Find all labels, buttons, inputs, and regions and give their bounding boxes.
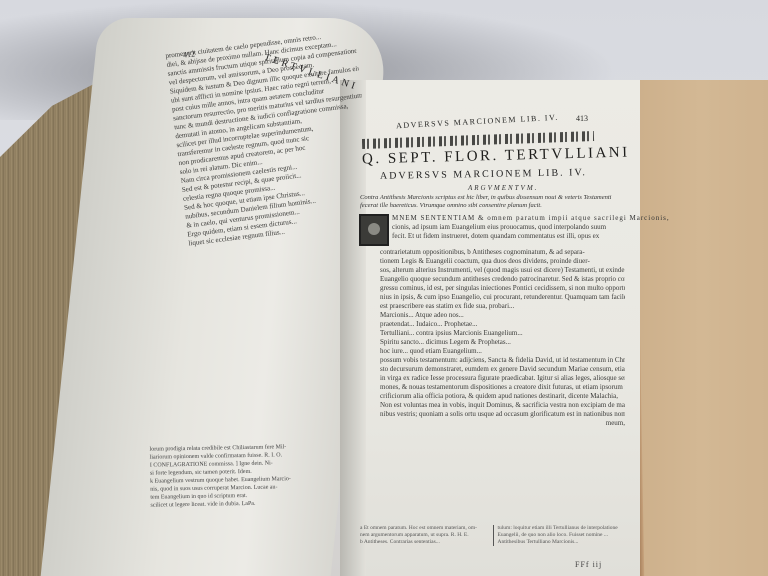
footnotes-column-left: a Et omnem paratum. Hoc est omnem materi…	[360, 525, 483, 546]
text-line: sos, alterum alterius Instrumenti, vel (…	[380, 266, 625, 275]
text-line: hoc iure... quod etiam Euangelium...	[380, 347, 625, 356]
text-line: nius in ipsis, & cum ipso Euangelio, cui…	[380, 293, 625, 302]
text-line: Spiritu sancto... dicimus Legem & Prophe…	[380, 338, 625, 347]
right-page-number: 413	[576, 114, 588, 123]
footnote-line: nem argumentorum apparatum, ut supra. R.…	[360, 532, 483, 539]
text-line: fecit. Et ut fidem instrueret, dotem qua…	[392, 232, 632, 241]
footnote-line: b Antitheses. Contrarias sententias...	[360, 539, 483, 546]
text-line: possum vobis testamentum: adijciens, San…	[380, 356, 625, 365]
footnote-line: tulum: loquitur etiam illi Tertullianus …	[498, 525, 621, 532]
text-line: crificiorum alia officia potiora, & quid…	[380, 392, 625, 401]
left-footnotes: lorum prodigia relata credibile est Chil…	[149, 442, 340, 509]
footnotes-column-right: tulum: loquitur etiam illi Tertullianus …	[493, 525, 621, 546]
text-line: sto decursurum demonstraret, eumdem ex g…	[380, 365, 625, 374]
opening-line: MNEM SENTENTIAM & omnem paratum impii at…	[392, 214, 670, 222]
argument-summary: Contra Antithesis Marcionis scriptus est…	[360, 194, 620, 210]
text-line: Tertulliani... contra ipsius Marcionis E…	[380, 329, 625, 338]
right-body-text-top: cionis, ad ipsum iam Euangelium eius pro…	[392, 223, 632, 248]
text-line: Non est voluntas mea in vobis, inquit Do…	[380, 401, 625, 410]
footnote-line: Euangelii, de quo non alio loco. Fuisset…	[498, 532, 621, 539]
text-line: nibus vestris; quoniam a solis ortu usqu…	[380, 410, 625, 419]
signature-mark: FFf iij	[575, 560, 602, 569]
text-line: in virga ex radice Iesse processura figu…	[380, 374, 625, 383]
text-line: meum,	[380, 419, 625, 428]
right-footnotes: a Et omnem paratum. Hoc est omnem materi…	[360, 525, 620, 546]
text-line: Euangelio quoque secundum antitheses cre…	[380, 275, 625, 284]
text-line: contrarietatum oppositionibus, b Antithe…	[380, 248, 625, 257]
right-body-text: contrarietatum oppositionibus, b Antithe…	[380, 248, 625, 473]
footnote-line: Antithesibus Tertulliano Marcionis...	[498, 539, 621, 546]
argumentum-label: ARGVMENTVM.	[468, 184, 538, 192]
text-line: Marcionis... Atque adeo nos...	[380, 311, 625, 320]
text-line: gressu cominus, id est, per singulas ini…	[380, 284, 625, 293]
decorated-initial-icon	[359, 214, 389, 246]
footnote-line: a Et omnem paratum. Hoc est omnem materi…	[360, 525, 483, 532]
text-line: mones, & nouas testamentorum disposition…	[380, 383, 625, 392]
text-line: est praescribere eas statim ex fide sua,…	[380, 302, 625, 311]
text-line: cionis, ad ipsum iam Euangelium eius pro…	[392, 223, 632, 232]
text-line: tionem Legis & Euangelii coactum, qua du…	[380, 257, 625, 266]
text-line: praetendat... Iudaico... Prophetae...	[380, 320, 625, 329]
